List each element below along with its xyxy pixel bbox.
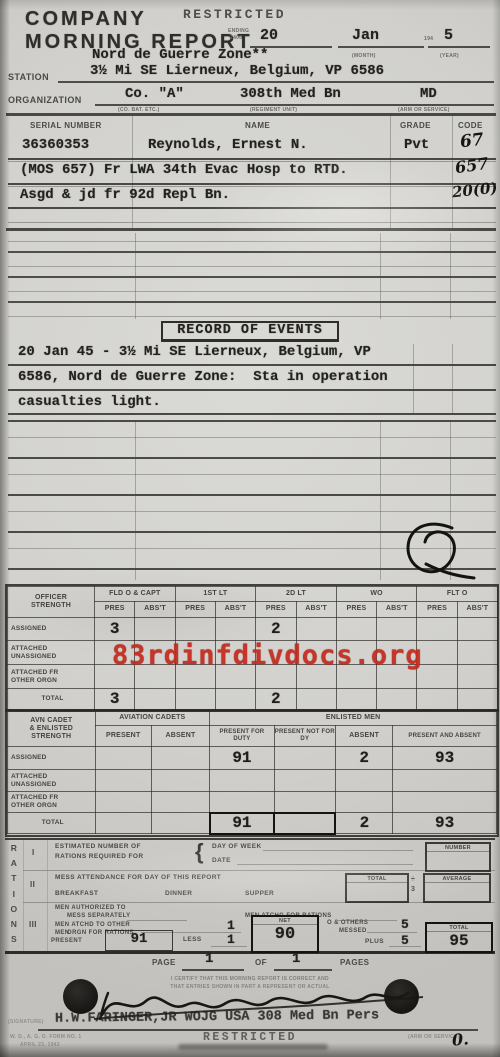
- station-value: 3½ Mi SE Lierneux, Belgium, VP 6586: [90, 63, 384, 79]
- abst-header: ABS'T: [216, 605, 255, 613]
- enlisted-row-attached-fr-other: ATTACHED FR OTHER ORGN: [8, 792, 497, 813]
- aviation-cadets-group: AVIATION CADETS: [96, 714, 210, 722]
- enlisted-total: 2: [336, 814, 392, 832]
- roster-code-handwritten: 67: [459, 130, 485, 153]
- rations-section: R A T I O N S I II III ESTIMATED NUMBER …: [5, 838, 495, 954]
- enlisted-men-group: ENLISTED MEN: [210, 714, 496, 722]
- officer-value: 2: [256, 620, 295, 638]
- pages-label: PAGES: [340, 958, 369, 967]
- side-letter: R: [8, 841, 20, 856]
- rations-divider: [23, 840, 24, 951]
- side-letter: N: [8, 917, 20, 932]
- report-month: Jan: [352, 27, 379, 44]
- roster-header-name: NAME: [245, 121, 270, 130]
- side-letter: A: [8, 856, 20, 871]
- row-label: TOTAL: [8, 818, 95, 828]
- mess-total-label: TOTAL: [347, 875, 407, 883]
- side-letter: O: [8, 902, 20, 917]
- report-year: 5: [444, 27, 453, 44]
- roster-col-line: [452, 116, 453, 228]
- number-box-label: NUMBER: [427, 844, 489, 852]
- handwritten-initial-scrawl: [398, 518, 478, 584]
- officer-row-assigned: ASSIGNED 3 2: [8, 618, 498, 641]
- row-label: ATTACHED FR OTHER ORGN: [8, 793, 81, 811]
- roster-name: Reynolds, Ernest N.: [148, 137, 308, 153]
- men-present-box: 91: [105, 930, 173, 951]
- pres-header: PRES: [95, 605, 134, 613]
- officer-group-2d-lt: 2D LT: [256, 590, 336, 598]
- brace-glyph: {: [195, 839, 204, 865]
- roster-header-serial: SERIAL NUMBER: [30, 121, 102, 130]
- enlisted-row-attached-unassigned: ATTACHED UNASSIGNED: [8, 770, 497, 792]
- row1-label: RATIONS REQUIRED FOR: [55, 853, 143, 860]
- enlisted-total-boxed: 91: [211, 814, 273, 832]
- meal-supper: SUPPER: [245, 890, 274, 897]
- roster-code-handwritten: 20(0): [451, 179, 498, 202]
- record-rule: [8, 364, 496, 366]
- row-label: ATTACHED UNASSIGNED: [8, 644, 81, 662]
- others-value: 5: [401, 917, 409, 932]
- meal-dinner: DINNER: [165, 890, 192, 897]
- pres-header: PRES: [417, 605, 456, 613]
- month-caption: (MONTH): [352, 53, 376, 59]
- org-unit: 308th Med Bn: [240, 86, 341, 102]
- ruled-col-tick: [135, 420, 136, 580]
- enlisted-total: 93: [393, 814, 496, 832]
- enlisted-value: 91: [210, 749, 273, 767]
- col-absent: ABSENT: [152, 732, 209, 740]
- fill-line: [367, 932, 417, 933]
- officer-row-total: TOTAL 3 2: [8, 689, 498, 710]
- abst-header: ABS'T: [458, 605, 497, 613]
- officer-value: 3: [95, 620, 134, 638]
- enlisted-strength-table: AVN CADET & ENLISTED STRENGTH AVIATION C…: [5, 709, 499, 837]
- col-present: PRESENT: [96, 732, 151, 740]
- abst-header: ABS'T: [135, 605, 174, 613]
- less-value: 1: [227, 932, 235, 947]
- day-of-week-label: DAY OF WEEK: [212, 843, 262, 850]
- rations-total-box: TOTAL 95: [425, 922, 493, 953]
- enlisted-corner-cell: AVN CADET & ENLISTED STRENGTH: [8, 712, 96, 747]
- roster-grade: Pvt: [404, 137, 429, 153]
- section-divider: [6, 113, 496, 116]
- form-title-company: COMPANY: [25, 8, 147, 31]
- record-line-3: casualties light.: [18, 394, 161, 410]
- rations-total-value: 95: [427, 932, 491, 950]
- rations-numeral-1: I: [32, 848, 35, 857]
- morning-report-scan: RESTRICTED COMPANY MORNING REPORT ENDING…: [0, 0, 500, 1057]
- roster-end-rule: [6, 228, 496, 231]
- of-label: OF: [255, 958, 267, 967]
- less-label: LESS: [183, 936, 202, 943]
- net-box-label: NET: [253, 917, 317, 925]
- row-label: ASSIGNED: [8, 624, 94, 634]
- enlisted-corner-label: & ENLISTED: [8, 725, 95, 733]
- officer-group-flt-o: FLT O: [417, 590, 497, 598]
- row-label: ATTACHED FR OTHER ORGN: [8, 668, 81, 686]
- abst-header: ABS'T: [297, 605, 336, 613]
- year-caption: (YEAR): [440, 53, 459, 59]
- rations-divider: [47, 840, 48, 951]
- enlisted-corner-label: STRENGTH: [8, 733, 95, 741]
- roster-header-grade: GRADE: [400, 121, 431, 130]
- org-company: Co. "A": [125, 86, 184, 102]
- pres-header: PRES: [176, 605, 215, 613]
- row1-label: ESTIMATED NUMBER OF: [55, 843, 141, 850]
- atchd-value: 1: [227, 918, 235, 933]
- officer-corner-label: OFFICER: [8, 594, 94, 602]
- auth-label: MESS SEPARATELY: [67, 913, 131, 919]
- side-letter: S: [8, 932, 20, 947]
- zone-line: Nord de Guerre Zone**: [92, 47, 268, 63]
- blank-ruled-lines: [8, 233, 496, 319]
- record-line-2: 6586, Nord de Guerre Zone: Sta in operat…: [18, 369, 388, 385]
- ruled-col-tick: [135, 233, 136, 319]
- col-present-and-absent: PRESENT AND ABSENT: [393, 733, 496, 740]
- roster-col-line: [390, 116, 391, 228]
- page-label: PAGE: [152, 958, 176, 967]
- enlisted-row-assigned: ASSIGNED 91 2 93: [8, 747, 497, 770]
- men-present-label: PRESENT: [51, 938, 82, 944]
- roster-serial: 36360353: [22, 137, 89, 153]
- enlisted-value: 93: [393, 749, 496, 767]
- month-underline: [338, 46, 424, 48]
- pres-header: PRES: [256, 605, 295, 613]
- year-underline: [428, 46, 490, 48]
- year-prefix: 194: [424, 36, 433, 42]
- officer-group-wo: WO: [337, 590, 417, 598]
- number-box: NUMBER: [425, 842, 491, 872]
- handwritten-zero: 0.: [451, 1029, 469, 1049]
- enlisted-corner-label: AVN CADET: [8, 717, 95, 725]
- organization-underline: [95, 104, 494, 106]
- roster-rule: [8, 158, 496, 160]
- record-col-tick: [413, 344, 414, 414]
- organization-label: ORGANIZATION: [8, 95, 82, 105]
- divide-sign: ÷: [411, 876, 415, 883]
- mess-total-box: TOTAL: [345, 873, 409, 903]
- roster-rule: [8, 207, 496, 209]
- enlisted-value: 2: [336, 749, 392, 767]
- enlisted-row-total: TOTAL 91 2 93: [8, 813, 497, 834]
- men-present-label: MEN: [55, 930, 70, 936]
- net-value: 90: [253, 925, 317, 944]
- row-label: ASSIGNED: [8, 753, 95, 763]
- officer-group-1st-lt: 1ST LT: [176, 590, 256, 598]
- rations-numeral-2: II: [30, 880, 35, 889]
- signature-caption: (SIGNATURE): [8, 1019, 44, 1025]
- average-box: AVERAGE: [423, 873, 491, 903]
- meal-breakfast: BREAKFAST: [55, 890, 98, 897]
- record-line-1: 20 Jan 45 - 3½ Mi SE Lierneux, Belgium, …: [18, 344, 371, 360]
- record-of-events-title: RECORD OF EVENTS: [161, 321, 339, 342]
- ending-label: ENDING: [228, 28, 249, 34]
- abst-header: ABS'T: [377, 605, 416, 613]
- record-rule: [8, 413, 496, 415]
- roster-rule: [8, 183, 496, 185]
- men-present-value: 91: [106, 931, 172, 947]
- auth-label: MEN AUTHORIZED TO: [55, 905, 126, 911]
- site-watermark: 83rdinfdivdocs.org: [112, 640, 423, 671]
- date-label: DATE: [212, 857, 231, 864]
- fill-line: [389, 946, 421, 947]
- col-present-not-for-duty: PRESENT NOT FOR DY: [275, 729, 335, 743]
- pages-underline: [274, 969, 332, 971]
- officer-corner-cell: OFFICER STRENGTH: [8, 587, 95, 618]
- fill-line: [263, 850, 413, 851]
- report-day: 20: [260, 27, 278, 44]
- col-absent: ABSENT: [336, 732, 392, 740]
- side-letter: T: [8, 871, 20, 886]
- record-col-tick: [452, 344, 453, 414]
- page-underline: [182, 969, 244, 971]
- fill-line: [127, 920, 187, 921]
- roster-rule-faint: [8, 222, 496, 223]
- row-label: ATTACHED UNASSIGNED: [8, 772, 81, 790]
- ruled-col-tick: [380, 233, 381, 319]
- plus-label: PLUS: [365, 938, 384, 945]
- col-present-for-duty: PRESENT FOR DUTY: [210, 729, 273, 743]
- fill-line: [237, 864, 413, 865]
- ending-2400-label: 2400: [230, 35, 242, 41]
- officer-group-fldo-capt: FLD O & CAPT: [95, 590, 175, 598]
- roster-entry-line: Asgd & jd fr 92d Repl Bn.: [20, 187, 230, 203]
- record-rule: [8, 389, 496, 391]
- row-label: TOTAL: [8, 694, 94, 704]
- roster-header-code: CODE: [458, 121, 483, 130]
- rations-side-label: R A T I O N S: [8, 841, 20, 947]
- net-box: NET 90: [251, 915, 319, 953]
- fill-line: [211, 946, 247, 947]
- restricted-stamp-top: RESTRICTED: [183, 7, 286, 22]
- officer-corner-label: STRENGTH: [8, 602, 94, 610]
- ruled-col-tick: [380, 420, 381, 580]
- pres-header: PRES: [337, 605, 376, 613]
- roster-code-handwritten: 657: [454, 154, 490, 177]
- atchd-other-label: MEN ATCHD TO OTHER: [55, 922, 130, 928]
- station-underline: [58, 81, 494, 83]
- officer-total: 3: [95, 690, 134, 708]
- org-branch: MD: [420, 86, 437, 102]
- average-box-label: AVERAGE: [425, 875, 489, 883]
- roster-entry-line: (MOS 657) Fr LWA 34th Evac Hosp to RTD.: [20, 162, 348, 178]
- stamp-smudge: [178, 1044, 328, 1050]
- mess-attendance-title: MESS ATTENDANCE FOR DAY OF THIS REPORT: [55, 874, 221, 881]
- pages-number: 1: [292, 951, 300, 967]
- side-letter: I: [8, 887, 20, 902]
- record-of-events-heading-wrap: RECORD OF EVENTS: [0, 320, 500, 342]
- station-label: STATION: [8, 72, 49, 82]
- ruled-col-tick: [450, 233, 451, 319]
- officer-total: 2: [256, 690, 295, 708]
- others-messed-label: MESSED: [339, 928, 367, 934]
- rations-total-label: TOTAL: [427, 924, 491, 932]
- page-number: 1: [205, 951, 213, 967]
- divide-by: 3: [411, 886, 415, 893]
- rations-numeral-3: III: [29, 920, 37, 929]
- others-messed-label: O & OTHERS: [327, 920, 368, 926]
